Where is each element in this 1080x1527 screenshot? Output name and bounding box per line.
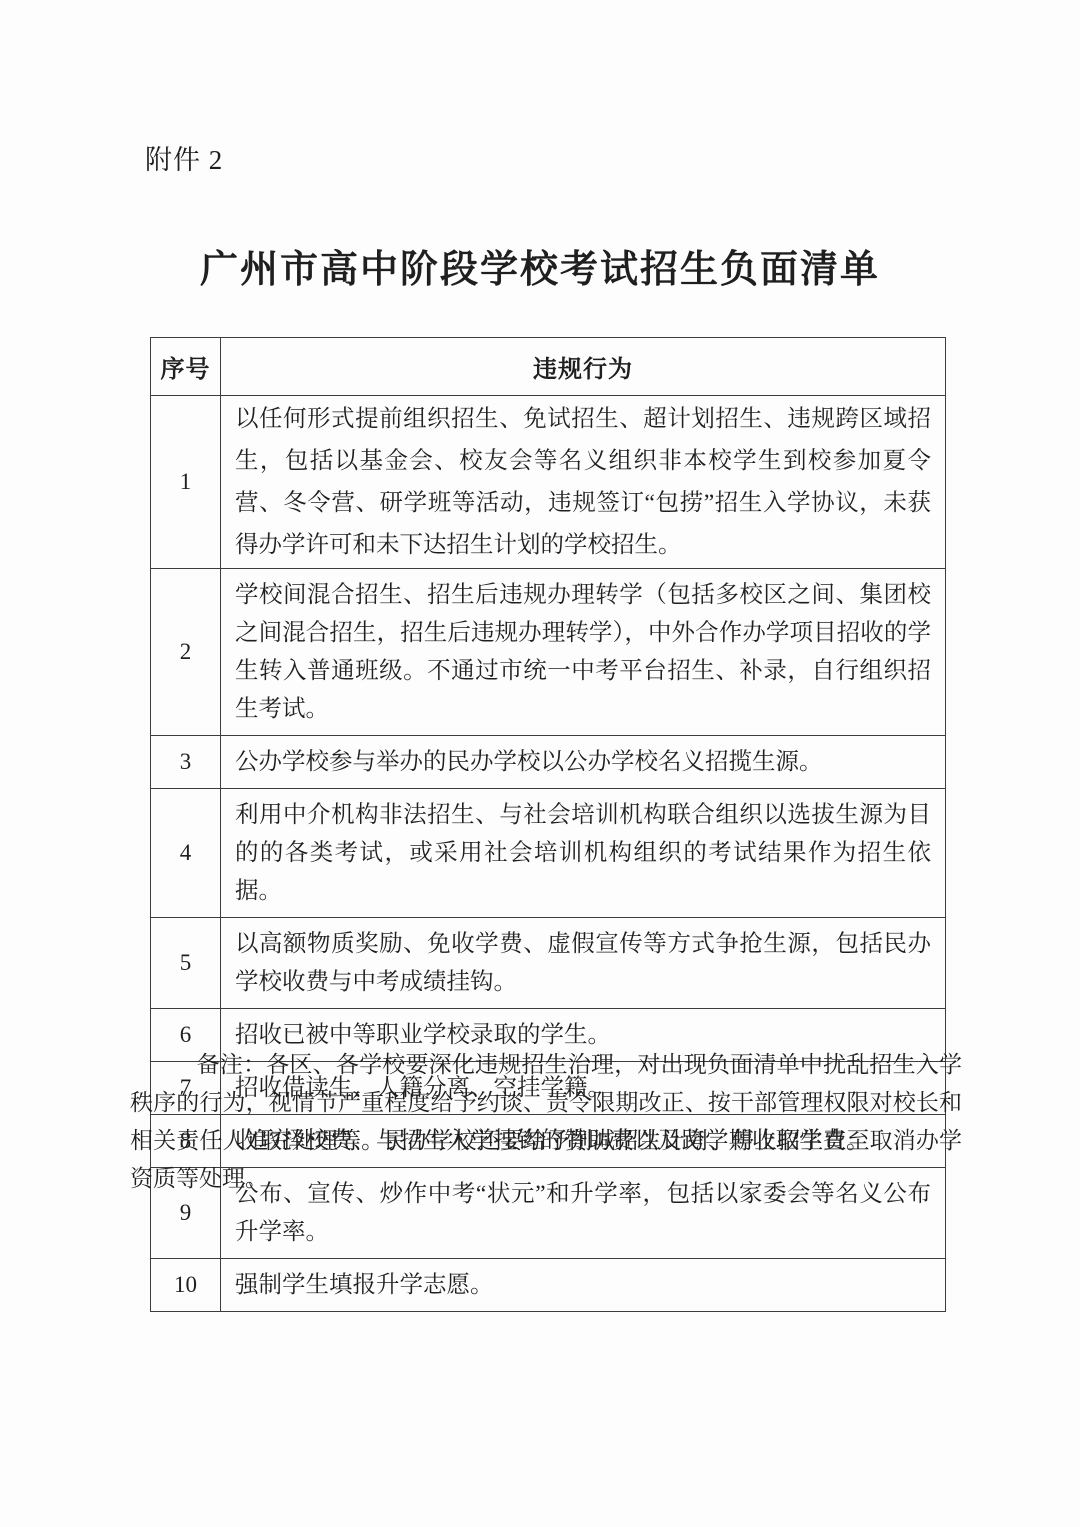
table-row: 10 强制学生填报升学志愿。 bbox=[151, 1259, 946, 1312]
column-header-number: 序号 bbox=[151, 338, 221, 396]
violation-text: 以任何形式提前组织招生、免试招生、超计划招生、违规跨区域招生，包括以基金会、校友… bbox=[221, 396, 946, 569]
violation-text: 利用中介机构非法招生、与社会培训机构联合组织以选拔生源为目的的各类考试，或采用社… bbox=[221, 789, 946, 918]
attachment-label: 附件 2 bbox=[145, 138, 223, 177]
row-number: 5 bbox=[151, 918, 221, 1009]
document-page: 附件 2 广州市高中阶段学校考试招生负面清单 序号 违规行为 1 以任何形式提前… bbox=[0, 0, 1080, 1527]
violation-text: 学校间混合招生、招生后违规办理转学（包括多校区之间、集团校之间混合招生，招生后违… bbox=[221, 569, 946, 736]
row-number: 4 bbox=[151, 789, 221, 918]
violation-text: 公办学校参与举办的民办学校以公办学校名义招揽生源。 bbox=[221, 736, 946, 789]
table-row: 5 以高额物质奖励、免收学费、虚假宣传等方式争抢生源，包括民办学校收费与中考成绩… bbox=[151, 918, 946, 1009]
table-row: 1 以任何形式提前组织招生、免试招生、超计划招生、违规跨区域招生，包括以基金会、… bbox=[151, 396, 946, 569]
row-number: 3 bbox=[151, 736, 221, 789]
violation-text: 以高额物质奖励、免收学费、虚假宣传等方式争抢生源，包括民办学校收费与中考成绩挂钩… bbox=[221, 918, 946, 1009]
column-header-violation: 违规行为 bbox=[221, 338, 946, 396]
row-number: 2 bbox=[151, 569, 221, 736]
violation-text: 强制学生填报升学志愿。 bbox=[221, 1259, 946, 1312]
table-row: 4 利用中介机构非法招生、与社会培训机构联合组织以选拔生源为目的的各类考试，或采… bbox=[151, 789, 946, 918]
table-row: 3 公办学校参与举办的民办学校以公办学校名义招揽生源。 bbox=[151, 736, 946, 789]
page-title: 广州市高中阶段学校考试招生负面清单 bbox=[0, 238, 1080, 293]
remark-note: 备注：各区、各学校要深化违规招生治理，对出现负面清单中扰乱招生入学秩序的行为，视… bbox=[130, 1046, 962, 1198]
row-number: 1 bbox=[151, 396, 221, 569]
table-row: 2 学校间混合招生、招生后违规办理转学（包括多校区之间、集团校之间混合招生，招生… bbox=[151, 569, 946, 736]
row-number: 10 bbox=[151, 1259, 221, 1312]
table-header-row: 序号 违规行为 bbox=[151, 338, 946, 396]
